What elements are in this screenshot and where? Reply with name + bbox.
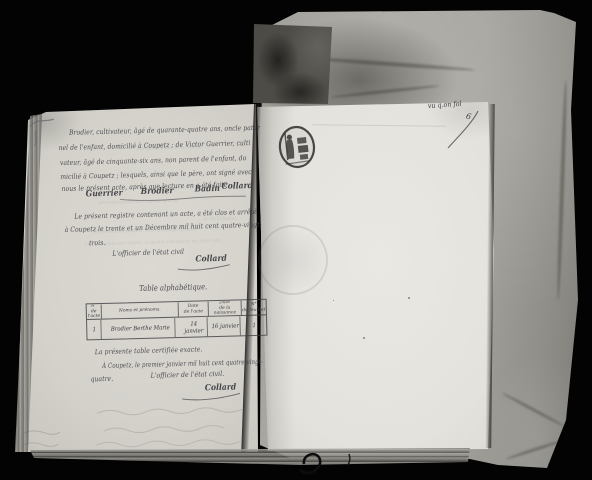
table-header-noms: Noms et prénoms.: [102, 302, 179, 319]
officer-title: L'officier de l'état civil.: [150, 370, 224, 380]
signature-flourish: [180, 390, 242, 401]
table-cell-feuillet: 1: [243, 316, 265, 336]
margin-paraph-mark: [28, 114, 61, 147]
table-cell-date-naissance: 16 janvier: [211, 316, 241, 336]
table-header-date-naissance: Date de la naissance: [209, 301, 242, 317]
left-page-content: Enregistrement de la Marne naissances re…: [0, 0, 592, 480]
certification-line: La présente table certifiée exacte.: [95, 345, 203, 356]
officer-title: L'officier de l'état civil: [112, 248, 184, 258]
table-cell-date-acte: 14 janvier: [181, 317, 208, 337]
place-date-line: quatre.: [90, 375, 113, 384]
bleedthrough-scribbles: [93, 401, 274, 454]
act-text-line: micilié à Coupetz ; lesquels, ainsi que …: [60, 168, 252, 181]
table-title: Table alphabétique.: [139, 282, 207, 293]
act-text-line: Brodier, cultivateur, âgé de quarante-qu…: [69, 124, 260, 137]
place-date-line: À Coupetz, le premier janvier mil huit c…: [102, 358, 263, 370]
act-text-line: vateur, âgé de cinquante-six ans, non pa…: [60, 154, 247, 167]
table-header-feuillet: N° du feuillet: [242, 300, 266, 316]
signature: Collard: [221, 181, 253, 192]
table-cell-acte-num: 1: [88, 320, 102, 339]
alphabetical-table: N° de l'acte Noms et prénoms. Date de l'…: [86, 299, 268, 341]
signature-flourish: [176, 262, 232, 271]
table-cell-noms: Brodier Berthe Marie: [106, 318, 176, 339]
table-header-acte-num: N° de l'acte: [87, 304, 102, 320]
table-header-date-acte: Date de l'acte: [179, 302, 209, 318]
bleedthrough-scribbles: [22, 426, 63, 451]
register-book-scan: vu q.on fol 6 Enregistrement de la Marne…: [0, 0, 592, 480]
closing-line: trois.: [89, 239, 106, 247]
signature-flourish: [118, 192, 248, 203]
